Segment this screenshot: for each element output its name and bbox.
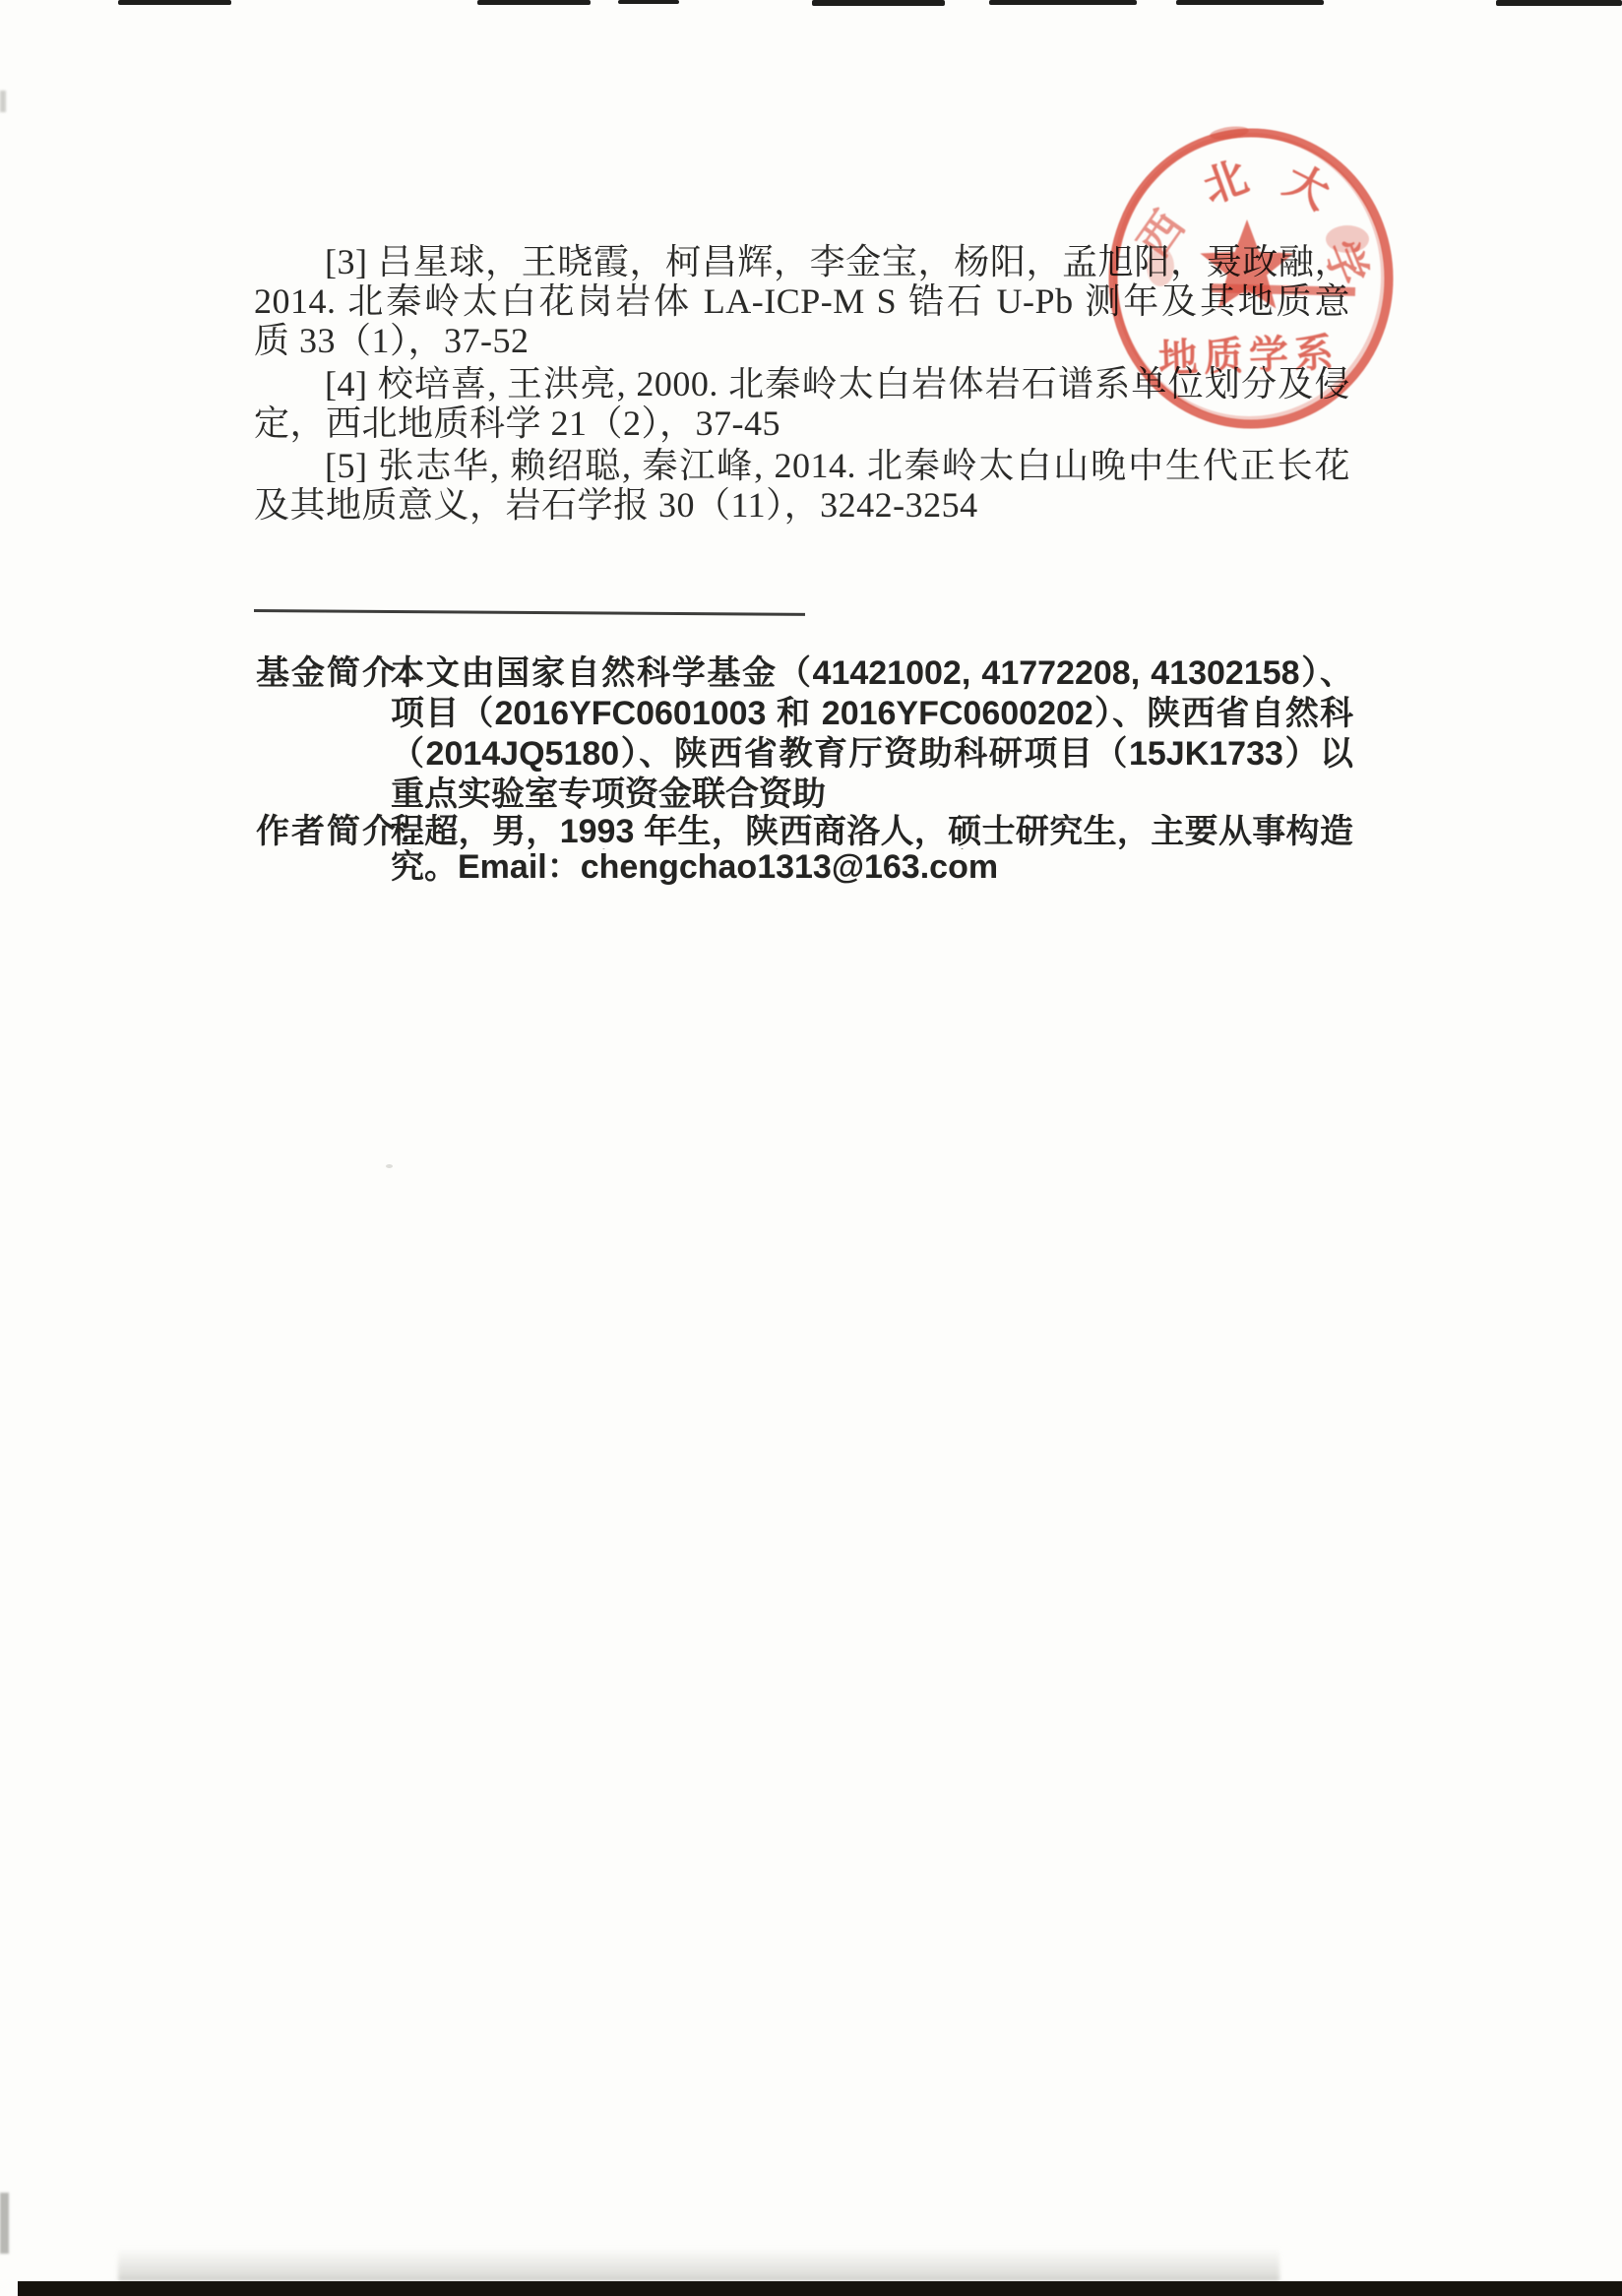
scan-artifact-top-dash xyxy=(989,0,1137,5)
reference-line: [5] 张志华, 赖绍聪, 秦江峰, 2014. 北秦岭太白山晚中生代正长花岗岩… xyxy=(254,446,1350,485)
scan-artifact-top-dash xyxy=(618,0,679,4)
funding-line: 重点实验室专项资金联合资助 xyxy=(391,775,1353,815)
funding-section: 基金简介： 本文由国家自然科学基金（41421002, 41772208, 41… xyxy=(254,653,1353,815)
stamp-arc-char-bei: 北 xyxy=(1197,153,1254,213)
scan-artifact-bottom-bar xyxy=(18,2281,1622,2296)
funding-line: （2014JQ5180）、陕西省教育厅资助科研项目（15JK1733）以及大陆动… xyxy=(391,734,1353,775)
scan-artifact-top-dash xyxy=(118,0,231,5)
footnote-rule xyxy=(254,609,805,616)
scan-artifact-top-dash xyxy=(477,0,591,5)
scan-artifact-dot xyxy=(386,1164,393,1168)
reference-line: 及其地质意义，岩石学报 30（11），3242-3254 xyxy=(254,485,1350,525)
author-line: 程超，男，1993 年生，陕西商洛人，硕士研究生，主要从事构造地质学方面研 xyxy=(391,814,1353,849)
funding-label: 基金简介： xyxy=(256,653,433,694)
scan-artifact-top-dash xyxy=(1496,0,1622,6)
author-label: 作者简介： xyxy=(256,814,433,849)
scan-artifact-left-strip xyxy=(0,2193,9,2254)
scanned-document-page: [3] 吕星球，王晓霞，柯昌辉，李金宝，杨阳，孟旭阳，聂政融，章培春， 2014… xyxy=(0,0,1622,2296)
scan-artifact-bottom-smudge xyxy=(118,2248,1279,2281)
stamp-bottom-text: 地质学系 xyxy=(1157,332,1340,381)
author-section: 作者简介： 程超，男，1993 年生，陕西商洛人，硕士研究生，主要从事构造地质学… xyxy=(254,814,1353,885)
author-email-line: 究。Email：chengchao1313@163.com xyxy=(391,849,1353,885)
stamp-arc-char-da: 大 xyxy=(1277,156,1337,219)
scan-artifact-left-mark xyxy=(0,91,6,112)
scan-artifact-top-dash xyxy=(1176,0,1324,5)
stamp-arc-char-xi: 西 xyxy=(1130,203,1194,266)
funding-line: 项目（2016YFC0601003 和 2016YFC0600202）、陕西省自… xyxy=(391,694,1353,734)
university-seal-stamp: 西 北 大 学 地质学系 xyxy=(1101,119,1401,438)
funding-line: 本文由国家自然科学基金（41421002, 41772208, 41302158… xyxy=(391,653,1353,694)
stamp-star-icon xyxy=(1200,219,1293,309)
scan-artifact-top-dash xyxy=(812,0,945,6)
